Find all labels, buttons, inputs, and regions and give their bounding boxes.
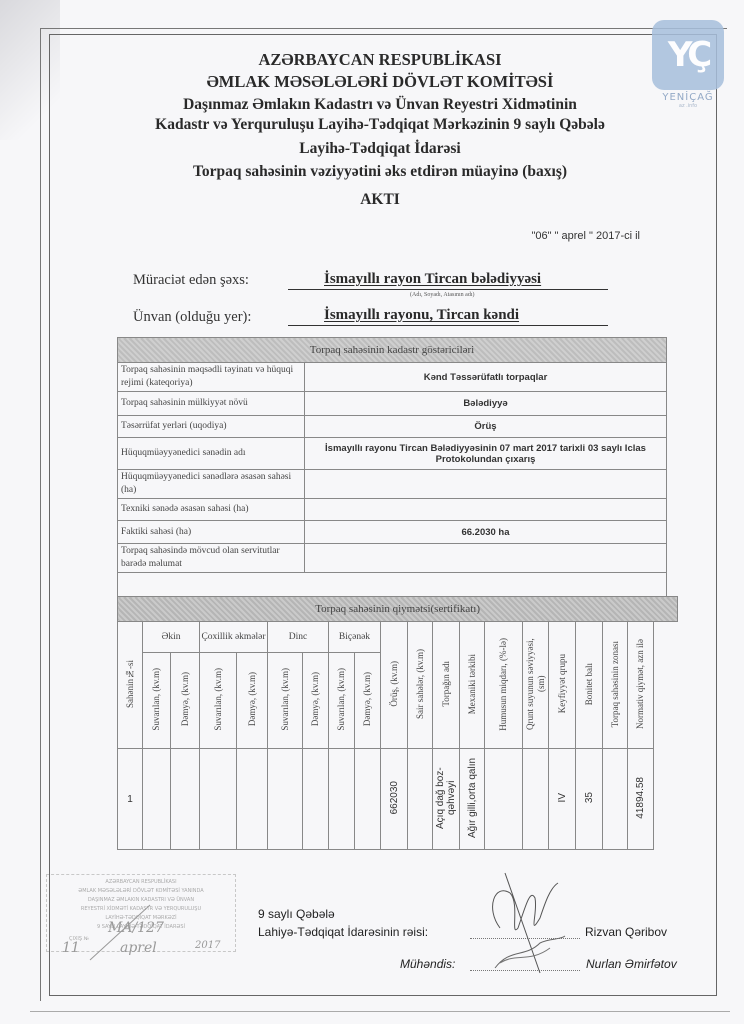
group-header-dine: Dinc — [268, 622, 329, 653]
table-row: Texniki sənədə əsasən sahəsi (ha) — [118, 499, 667, 521]
cell-ekin-suvarilan — [143, 749, 171, 850]
cell-plot-no: 1 — [118, 749, 143, 850]
col-header-cox-suvarilan: Suvarılan, (kv.m) — [200, 653, 237, 749]
table-row: Torpaq sahəsinin mülkiyyət növü Bələdiyy… — [118, 392, 667, 416]
col-header-groundwater: Qrunt suyunun səviyyəsi, (sm) — [523, 622, 549, 749]
table-row: Təsərrüfat yerləri (uqodiya) Örüş — [118, 416, 667, 438]
header-country: AZƏRBAYCAN RESPUBLİKASI — [60, 50, 700, 70]
cadastre-table: Torpaq sahəsinin kadastr göstəriciləri T… — [117, 337, 667, 602]
cell-zone — [603, 749, 628, 850]
stamp-year: 2017 — [195, 940, 220, 951]
signer-org-line1: 9 saylı Qəbələ — [258, 907, 335, 921]
table-row: Hüquqmüəyyənedici sənədin adı İsmayıllı … — [118, 438, 667, 470]
cell-groundwater — [523, 749, 549, 850]
col-header-orus: Örüş, (kv.m) — [381, 622, 408, 749]
signer-org-line2: Lahiyə-Tədqiqat İdarəsinin rəisi: — [258, 925, 428, 939]
cell-bonitet: 35 — [576, 749, 603, 850]
page-bottom-edge — [30, 1011, 730, 1012]
address-label: Ünvan (olduğu yer): — [133, 309, 251, 326]
col-header-bic-suvarilan: Suvarılan, (kv.m) — [329, 653, 355, 749]
row-value: Kənd Təssərüfatlı torpaqlar — [305, 363, 667, 392]
applicant-value: İsmayıllı rayon Tircan bələdiyyəsi — [288, 271, 608, 290]
engineer-label: Mühəndis: — [400, 957, 455, 971]
table-row: Hüquqmüəyyənedici sənədlərə əsasən sahəs… — [118, 470, 667, 499]
cell-humus — [485, 749, 523, 850]
header-service: Daşınmaz Əmlakın Kadastrı və Ünvan Reyes… — [60, 96, 700, 114]
stamp-line: AZƏRBAYCAN RESPUBLİKASI — [47, 878, 235, 887]
row-label: Torpaq sahəsində mövcud olan servitutlar… — [118, 544, 305, 573]
table-row: Torpaq sahəsinin məqsədli təyinatı və hü… — [118, 363, 667, 392]
group-header-ekin: Əkin — [143, 622, 200, 653]
header-office: Layihə-Tədqiqat İdarəsi — [60, 140, 700, 158]
cell-bic-demye — [355, 749, 381, 850]
col-header-sair: Sair sahələr, (kv.m) — [408, 622, 433, 749]
col-header-plot-no: Sahənin№-si — [118, 622, 143, 749]
row-label: Torpaq sahəsinin məqsədli təyinatı və hü… — [118, 363, 305, 392]
col-header-normative: Normativ qiymət, azn ilə — [628, 622, 654, 749]
cell-dine-suvarilan — [268, 749, 303, 850]
cell-cox-demye — [237, 749, 268, 850]
document-date: "06" " aprel " 2017-ci il — [480, 230, 640, 242]
certificate-table-title: Torpaq sahəsinin qiymətsi(sertifikatı) — [118, 597, 678, 622]
row-label: Texniki sənədə əsasən sahəsi (ha) — [118, 499, 305, 521]
cell-orus: 662030 — [381, 749, 408, 850]
row-value — [305, 544, 667, 573]
col-header-ekin-suvarilan: Suvarılan, (kv.m) — [143, 653, 171, 749]
row-label: Təsərrüfat yerləri (uqodiya) — [118, 416, 305, 438]
row-value: 66.2030 ha — [305, 521, 667, 544]
group-header-bicenek: Biçənək — [329, 622, 381, 653]
col-header-quality: Keyfiyyət qrupu — [549, 622, 576, 749]
group-header-coxillik: Çoxillik əkmələr — [200, 622, 268, 653]
col-header-humus: Humusun miqdarı, (%-lə) — [485, 622, 523, 749]
stamp-day: 11 — [62, 940, 80, 956]
col-header-soil-name: Torpağın adı — [433, 622, 460, 749]
col-header-mechanical: Mexaniki tərkibi — [460, 622, 485, 749]
row-label: Faktiki sahəsi (ha) — [118, 521, 305, 544]
header-row-groups: Sahənin№-si Əkin Çoxillik əkmələr Dinc B… — [118, 622, 678, 653]
header-center: Kadastr və Yerquruluşu Layihə-Tədqiqat M… — [60, 116, 700, 134]
document-subject: Torpaq sahəsinin vəziyyətini əks etdirən… — [60, 163, 700, 181]
row-value: Bələdiyyə — [305, 392, 667, 416]
row-value: Örüş — [305, 416, 667, 438]
cell-soil-name: Açıq dağ boz-qəhvəyi — [433, 749, 460, 850]
row-label: Hüquqmüəyyənedici sənədin adı — [118, 438, 305, 470]
cell-cox-suvarilan — [200, 749, 237, 850]
engineer-name: Nurlan Əmirfətov — [586, 957, 677, 971]
cell-normative: 41894.58 — [628, 749, 654, 850]
col-header-bic-demye: Dəmyə, (kv.m) — [355, 653, 381, 749]
address-value: İsmayıllı rayonu, Tircan kəndi — [288, 307, 608, 326]
cell-mechanical: Ağır gilli,orta qalın — [460, 749, 485, 850]
row-value: İsmayıllı rayonu Tircan Bələdiyyəsinin 0… — [305, 438, 667, 470]
head-name: Rizvan Qəribov — [585, 925, 667, 939]
cell-bic-suvarilan — [329, 749, 355, 850]
col-header-dine-demye: Dəmyə, (kv.m) — [303, 653, 329, 749]
row-value — [305, 470, 667, 499]
row-value — [305, 499, 667, 521]
stamp-slash-mark — [80, 900, 160, 970]
header-committee: ƏMLAK MƏSƏLƏLƏRİ DÖVLƏT KOMİTƏSİ — [60, 72, 700, 92]
table-row: Faktiki sahəsi (ha) 66.2030 ha — [118, 521, 667, 544]
applicant-label: Müraciət edən şəxs: — [133, 272, 249, 289]
col-header-zone: Torpaq sahəsinin zonası — [603, 622, 628, 749]
col-header-cox-demye: Dəmyə, (kv.m) — [237, 653, 268, 749]
cell-sair — [408, 749, 433, 850]
col-header-dine-suvarilan: Suvarılan, (kv.m) — [268, 653, 303, 749]
col-header-bonitet: Bonitet balı — [576, 622, 603, 749]
table-row: 1 662030 Açıq dağ boz-qəhvəyi Ağır gilli… — [118, 749, 678, 850]
row-label: Torpaq sahəsinin mülkiyyət növü — [118, 392, 305, 416]
applicant-hint: (Adı, Soyadı, Atasının adı) — [410, 292, 475, 298]
row-label: Hüquqmüəyyənedici sənədlərə əsasən sahəs… — [118, 470, 305, 499]
cadastre-table-title: Torpaq sahəsinin kadastr göstəriciləri — [118, 338, 667, 363]
cell-ekin-demye — [171, 749, 200, 850]
cell-quality: IV — [549, 749, 576, 850]
document-title: AKTI — [60, 191, 700, 209]
cell-dine-demye — [303, 749, 329, 850]
col-header-ekin-demye: Dəmyə, (kv.m) — [171, 653, 200, 749]
stamp-line: ƏMLAK MƏSƏLƏLƏRİ DÖVLƏT KOMİTƏSİ YANINDA — [47, 887, 235, 896]
handwritten-signature-icon — [480, 868, 580, 978]
certificate-table: Torpaq sahəsinin qiymətsi(sertifikatı) S… — [117, 596, 678, 850]
table-row: Torpaq sahəsində mövcud olan servitutlar… — [118, 544, 667, 573]
